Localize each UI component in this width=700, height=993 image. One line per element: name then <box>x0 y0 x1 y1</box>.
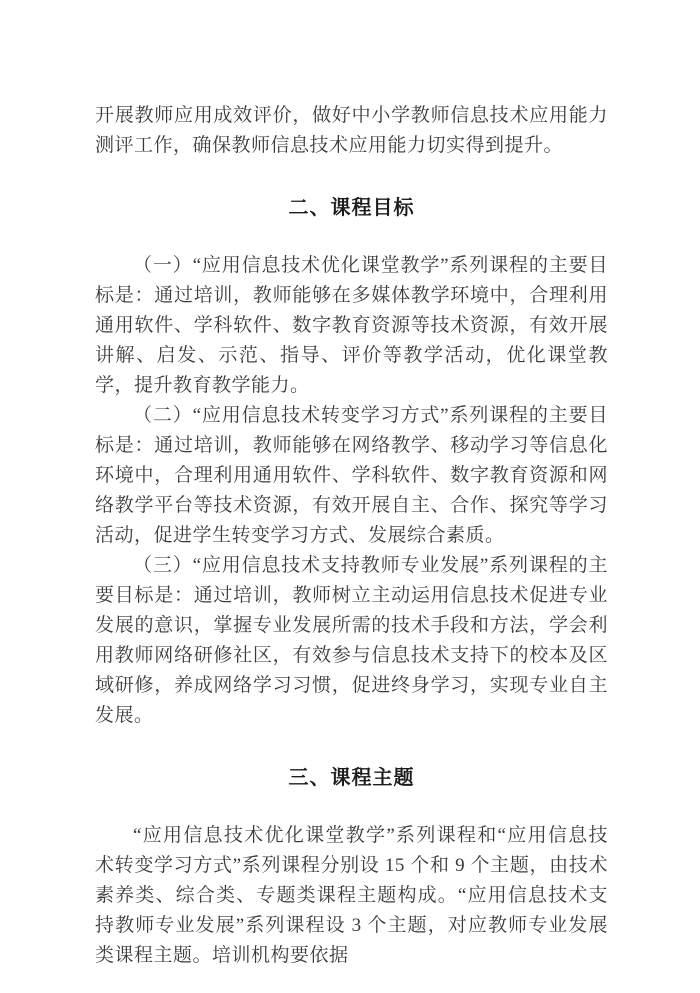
document-page: 开展教师应用成效评价，做好中小学教师信息技术应用能力测评工作，确保教师信息技术应… <box>0 0 700 993</box>
paragraph-objective-1: （一）“应用信息技术优化课堂教学”系列课程的主要目标是：通过培训，教师能够在多媒… <box>95 251 608 401</box>
paragraph-themes-1: “应用信息技术优化课堂教学”系列课程和“应用信息技术转变学习方式”系列课程分别设… <box>95 821 608 971</box>
paragraph-objective-2: （二）“应用信息技术转变学习方式”系列课程的主要目标是：通过培训，教师能够在网络… <box>95 401 608 551</box>
section-heading-course-objectives: 二、课程目标 <box>95 193 608 223</box>
paragraph-objective-3: （三）“应用信息技术支持教师专业发展”系列课程的主要目标是：通过培训，教师树立主… <box>95 551 608 731</box>
section-heading-course-themes: 三、课程主题 <box>95 763 608 793</box>
paragraph-intro-continuation: 开展教师应用成效评价，做好中小学教师信息技术应用能力测评工作，确保教师信息技术应… <box>95 101 608 161</box>
